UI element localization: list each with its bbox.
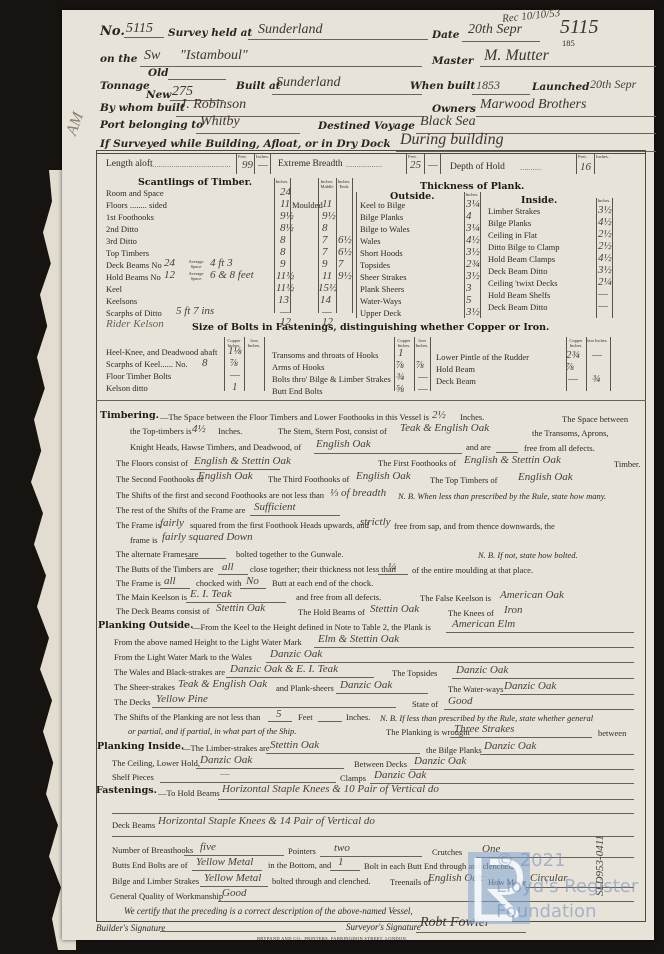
planking-text: Clamps	[340, 773, 366, 783]
builder-signature-label: Builder's Signature	[96, 923, 165, 933]
outside-row-value: 4	[466, 210, 472, 222]
wales-material: Danzic Oak & E. I. Teak	[230, 663, 338, 675]
inside-row-value: 3½	[598, 204, 612, 216]
pointers-value: two	[334, 842, 350, 854]
timbering-text: The Hold Beams of	[298, 607, 365, 617]
breadth-inches: —	[428, 159, 438, 171]
timbering-text: free from all defects.	[524, 443, 595, 453]
copper-header: Copper Inches.	[566, 338, 586, 348]
row-label: 2nd Ditto	[106, 224, 138, 234]
printer-imprint: BRYPAND AND CO., PRINTERS, FARRINGDON ST…	[257, 936, 407, 941]
planking-text: Between Decks	[354, 759, 407, 769]
outside-row-label: Bilge Planks	[360, 212, 403, 222]
length-label: Length aloft	[106, 159, 153, 169]
hold-beams-material: Stettin Oak	[370, 603, 419, 615]
bolts-per-butt: 1	[338, 856, 344, 868]
planking-text: between	[598, 728, 626, 738]
knees-material: Iron	[504, 604, 523, 616]
timbering-note: N. B. When less than prescribed by the R…	[398, 491, 606, 501]
outside-row-value: 3½	[466, 270, 480, 282]
bolt-label: Floor Timber Bolts	[106, 371, 171, 381]
scantlings-title: Scantlings of Timber.	[138, 177, 252, 188]
timbering-text: Inches.	[460, 412, 484, 422]
timbering-text: frame is	[130, 535, 158, 545]
inside-row-label: Ceiling 'twixt Decks	[488, 278, 558, 288]
bolt-label: Arms of Hooks	[272, 362, 324, 372]
bilge-planks-material: Danzic Oak	[484, 740, 536, 752]
timbering-text: The False Keelson is	[420, 593, 491, 603]
timbering-text: chocked with	[196, 578, 242, 588]
deck-beams-space: 4 ft 3	[210, 257, 233, 269]
scarphs-no: 8	[202, 357, 208, 369]
fastenings-text: Deck Beams	[112, 820, 155, 830]
planking-text: Inches.	[346, 712, 370, 722]
row-label: 3rd Ditto	[106, 236, 137, 246]
hold-beams-space: 6 & 8 feet	[210, 269, 254, 281]
row-ends: 7	[338, 258, 344, 270]
inside-row-label: Deck Beam Ditto	[488, 302, 547, 312]
breadth-feet: 25	[410, 159, 421, 171]
certify-statement: We certify that the preceding is a corre…	[124, 906, 413, 916]
state-value: Good	[448, 695, 472, 707]
watermark-line1: Lloyd's Register	[496, 876, 638, 897]
master-value: M. Mutter	[484, 47, 549, 65]
bolt-label: Scarphs of Keel...... No.	[106, 359, 188, 369]
timbering-text: the Top-timbers is	[130, 426, 192, 436]
planking-text: the Bilge Planks	[426, 745, 482, 755]
timbering-text: The Space between	[562, 414, 628, 424]
avg-space-label: Average Space	[188, 259, 204, 269]
survey-number: 5115	[126, 21, 153, 37]
deck-beams-fastening: Horizontal Staple Knees & 14 Pair of Ver…	[158, 815, 375, 827]
bolts-title: Size of Bolts in Fastenings, distinguish…	[192, 322, 549, 333]
outside-row-label: Upper Deck	[360, 308, 401, 318]
row-sided: 11½	[276, 282, 294, 294]
when-built-value: 1853	[476, 78, 500, 93]
limber-strakes-material: Stettin Oak	[270, 739, 319, 751]
copper-header: Copper Inches.	[394, 338, 414, 348]
leader-dots: ......................................	[150, 159, 231, 169]
row-sided: 24	[280, 186, 291, 198]
decks-material: Yellow Pine	[156, 693, 208, 705]
moulded-label: Moulded	[292, 200, 323, 210]
year-printed: 185	[562, 38, 575, 48]
row-middle: 15½	[318, 282, 337, 294]
row-sided: 8	[280, 234, 286, 246]
planking-text: —The Limber-strakes are	[182, 743, 270, 753]
timbering-text: the Transoms, Aprons,	[532, 428, 609, 438]
bolt-copper: ⅞	[230, 357, 238, 369]
outside-row-label: Short Hoods	[360, 248, 403, 258]
length-feet: 99	[242, 159, 253, 171]
plank-keel-to-height: American Elm	[452, 618, 515, 630]
timbering-text: —The Space between the Floor Timbers and…	[160, 412, 429, 422]
row-middle: 14	[320, 294, 331, 306]
bolt-label: Hold Beam	[436, 364, 475, 374]
port-label: Port belonging to	[100, 119, 203, 131]
bolt-copper: 2¾	[566, 349, 580, 361]
bolt-copper: ⅝	[396, 383, 404, 395]
inside-row-value: 3½	[598, 264, 612, 276]
timbering-text: The Third Foothooks of	[268, 474, 349, 484]
third-foothooks-material: English Oak	[356, 470, 411, 482]
timbering-text: The alternate Frames	[116, 549, 188, 559]
inside-row-label: Ditto Bilge to Clamp	[488, 242, 560, 252]
timbering-text: of the entire moulding at that place.	[412, 565, 533, 575]
inches-header: Inches.	[464, 192, 480, 197]
space-floor-foothooks: 2½	[432, 409, 446, 421]
shifts-foothooks: ⅓ of breadth	[330, 487, 386, 499]
by-whom-built-label: By whom built	[100, 102, 185, 114]
row-middle: 11	[322, 198, 332, 210]
outside-row-label: Wales	[360, 236, 381, 246]
frame-below: fairly squared Down	[162, 531, 253, 543]
length-inches: —	[258, 159, 268, 171]
stem-stern-post: Teak & English Oak	[400, 422, 489, 434]
row-label: Top Timbers	[106, 248, 149, 258]
planking-text: From the Light Water Mark to the Wales	[114, 652, 252, 662]
planking-text: Feet	[298, 712, 313, 722]
outside-row-value: 3½	[466, 246, 480, 258]
avg-space-label: Average Space	[188, 271, 204, 281]
row-label: Keel	[106, 284, 122, 294]
row-middle: 7	[322, 234, 328, 246]
bolt-copper: ¾	[396, 371, 404, 383]
bolt-label: Deck Beam	[436, 376, 476, 386]
when-built-label: When built	[410, 80, 475, 92]
outside-row-value: 2¾	[466, 258, 480, 270]
planking-text: State of	[412, 699, 438, 709]
outside-row-value: 3¼	[466, 198, 480, 210]
outside-row-label: Sheer Strakes	[360, 272, 407, 282]
watermark-copyright: © 2021	[496, 850, 566, 871]
row-ends: 6½	[338, 234, 352, 246]
planking-text: The Topsides	[392, 668, 437, 678]
inside-row-label: Limber Strakes	[488, 206, 540, 216]
outside-row-label: Bilge to Wales	[360, 224, 410, 234]
plank-to-wales: Danzic Oak	[270, 648, 322, 660]
fastenings-heading: Fastenings.	[96, 785, 157, 796]
row-sided: 13	[278, 294, 289, 306]
depth-feet: 16	[580, 161, 591, 173]
fastenings-text: Number of Breasthooks	[112, 845, 193, 855]
old-label: Old	[148, 67, 168, 79]
leader-dots: ..........	[520, 162, 541, 172]
row-middle: 9	[322, 258, 328, 270]
main-keelson: E. I. Teak	[190, 588, 232, 600]
inside-row-value: 2½	[598, 240, 612, 252]
top-timbers-material: English Oak	[518, 471, 573, 483]
annotation-number: 5115	[560, 16, 599, 39]
frame-squared: fairly	[160, 517, 184, 529]
inches-header: Inches.	[596, 198, 612, 203]
master-label: Master	[432, 55, 473, 67]
outside-row-value: 4½	[466, 234, 480, 246]
row-label: Floors ........ sided	[106, 200, 167, 210]
inside-row-label: Deck Beam Ditto	[488, 266, 547, 276]
knight-heads-material: English Oak	[316, 438, 371, 450]
workmanship-quality: Good	[222, 887, 246, 899]
fastenings-text: Bilge and Limber Strakes	[112, 876, 199, 886]
bolt-iron: ⅞	[416, 359, 424, 371]
launched-label: Launched	[532, 81, 590, 93]
plank-title: Thickness of Plank.	[420, 181, 524, 192]
sheer-strakes-material: Teak & English Oak	[178, 678, 267, 690]
planking-text: and Plank-sheers	[276, 683, 334, 693]
bolt-label: Transoms and throats of Hooks	[272, 350, 378, 360]
breasthooks-value: five	[200, 841, 216, 853]
bolt-copper: ⅞	[396, 359, 404, 371]
inside-row-value: 2¼	[598, 276, 612, 288]
builder-value: J. Robinson	[180, 97, 246, 113]
chocked-with: No	[246, 575, 259, 587]
row-middle: 9½	[322, 210, 336, 222]
inside-row-value: —	[598, 288, 608, 300]
inside-row-label: Bilge Planks	[488, 218, 531, 228]
plank-to-light-water: Elm & Stettin Oak	[318, 633, 399, 645]
inside-row-value: 2½	[598, 228, 612, 240]
timbering-text: The Knees of	[448, 608, 494, 618]
outside-row-value: 5	[466, 294, 472, 306]
space-top-timbers: 4½	[192, 423, 206, 435]
timbering-text: The rest of the Shifts of the Frame are	[116, 505, 245, 515]
timbering-heading: Timbering.	[100, 410, 159, 421]
butt-thickness: ¼	[388, 561, 396, 573]
timbering-text: The Frame is	[116, 578, 161, 588]
frame-chocked: all	[164, 575, 176, 587]
planking-text: —From the Keel to the Height defined in …	[192, 622, 431, 632]
row-label: Deck Beams No	[106, 260, 162, 270]
iron-header: Iron Inches.	[414, 338, 430, 348]
row-label: Room and Space	[106, 188, 164, 198]
timbering-text: The Frame is	[116, 520, 161, 530]
fastenings-text: in the Bottom, and	[268, 860, 331, 870]
watermark-line2: Foundation	[496, 901, 596, 922]
butt-end-bolts-material: Yellow Metal	[196, 856, 253, 868]
timbering-text: Inches.	[218, 426, 242, 436]
inside-row-label: Hold Beam Clamps	[488, 254, 555, 264]
iron-header: Iron Inches.	[244, 338, 264, 348]
timbering-text: close together; their thickness not less…	[250, 564, 396, 574]
planking-note: or partial, and if partial, in what part…	[128, 726, 296, 736]
deck-beams-no: 24	[164, 257, 175, 269]
bolt-copper: ⅞	[566, 361, 574, 373]
ship-name: "Istamboul"	[180, 48, 248, 64]
hold-beams-no: 12	[164, 269, 175, 281]
timbering-text: and free from all defects.	[296, 592, 381, 602]
row-middle: 11	[322, 270, 332, 282]
first-foothooks-material: English & Stettin Oak	[464, 454, 561, 466]
feet-header: Feet.	[578, 154, 587, 159]
timbering-text: The Second Foothooks of	[116, 474, 204, 484]
bolt-label: Butt End Bolts	[272, 386, 323, 396]
outside-row-value: 3	[466, 282, 472, 294]
planking-text: The Ceiling, Lower Hold,	[112, 758, 200, 768]
planking-note: N. B. If less than prescribed by the Rul…	[380, 713, 593, 723]
water-ways-material: Danzic Oak	[504, 680, 556, 692]
row-middle: 7	[322, 246, 328, 258]
outside-row-label: Topsides	[360, 260, 390, 270]
launched-value: 20th Sepr	[590, 77, 636, 92]
breadth-label: Extreme Breadth	[278, 159, 343, 169]
bolt-copper: —	[568, 373, 578, 385]
port-value: Whitby	[200, 114, 240, 130]
bilge-limber-bolts: Yellow Metal	[204, 872, 261, 884]
bolt-copper: 1	[398, 347, 404, 359]
shifts-feet: 5	[276, 708, 282, 720]
timbering-text: The Stem, Stern Post, consist of	[278, 426, 387, 436]
planking-text: The Decks	[114, 697, 151, 707]
clamps-material: Danzic Oak	[374, 769, 426, 781]
between-decks-material: Danzic Oak	[414, 755, 466, 767]
survey-held-value: Sunderland	[258, 22, 323, 38]
inside-row-value: 4½	[598, 252, 612, 264]
voyage-value: Black Sea	[420, 114, 476, 130]
plank-sheers-material: Danzic Oak	[340, 679, 392, 691]
inside-row-value: 4½	[598, 216, 612, 228]
shelf-pieces-value: —	[220, 768, 230, 780]
timbering-text: bolted together to the Gunwale.	[236, 549, 343, 559]
timbering-text: Butt at each end of the chock.	[272, 578, 373, 588]
surveyor-signature-label: Surveyor's Signature	[346, 922, 421, 932]
row-sided: 11½	[276, 270, 294, 282]
ship-type: Sw	[144, 48, 160, 64]
timbering-text: The Deck Beams consist of	[116, 606, 209, 616]
row-label: 1st Foothooks	[106, 212, 154, 222]
timbering-text: The Shifts of the first and second Footh…	[116, 490, 324, 500]
fastenings-text: —To Hold Beams	[158, 788, 220, 798]
new-label: New	[146, 89, 171, 101]
bolt-iron: —	[592, 349, 602, 361]
inside-title: Inside.	[521, 195, 557, 206]
row-sided: 9½	[280, 210, 294, 222]
surveyed-label: If Surveyed while Building, Afloat, or i…	[100, 138, 391, 150]
timbering-text: and are	[466, 442, 491, 452]
fastenings-text: Butts End Bolts are of	[112, 860, 188, 870]
ends-header: Inches. Ends	[336, 179, 352, 189]
planking-text: From the above named Height to the Light…	[114, 637, 302, 647]
timbering-text: The Top Timbers of	[430, 475, 498, 485]
bolt-iron: —	[418, 371, 428, 383]
bolt-copper: 1	[232, 381, 238, 393]
owners-value: Marwood Brothers	[480, 97, 586, 113]
row-ends: 9½	[338, 270, 352, 282]
outside-row-value: 3½	[466, 306, 480, 318]
surveyed-value: During building	[400, 131, 504, 149]
second-foothooks-material: English Oak	[198, 470, 253, 482]
row-sided: 8½	[280, 222, 294, 234]
row-ends: 6½	[338, 246, 352, 258]
outside-row-value: 3¼	[466, 222, 480, 234]
planking-text: The Water-ways	[448, 684, 503, 694]
timbering-text: squared from the first Foothook Heads up…	[190, 520, 369, 530]
planking-outside-heading: Planking Outside.	[98, 620, 193, 631]
row-sided: 8	[280, 246, 286, 258]
leader-dots: .................	[346, 159, 382, 169]
bolt-label: Bolts thro' Bilge & Limber Strakes	[272, 374, 391, 384]
middle-header: Inches. Middle	[318, 179, 336, 189]
date-label: Date	[432, 29, 459, 41]
row-label: Scarphs of Ditto	[106, 308, 162, 318]
row-label: Keelsons	[106, 296, 137, 306]
survey-held-label: Survey held at	[168, 27, 252, 39]
row-sided: 11	[280, 198, 290, 210]
bolt-iron: —	[418, 383, 428, 395]
outside-row-label: Plank Sheers	[360, 284, 404, 294]
planking-text: The Wales and Black-strakes are	[114, 667, 225, 677]
planking-text: The Sheer-strakes	[114, 682, 175, 692]
planking-text: Shelf Pieces	[112, 772, 154, 782]
tonnage-label: Tonnage	[100, 80, 150, 92]
fastenings-text: bolted through and clenched.	[272, 876, 371, 886]
bolt-label: Kelson ditto	[106, 383, 148, 393]
shifts-frame: Sufficient	[254, 501, 296, 513]
rider-kelson-label: Rider Kelson	[106, 318, 164, 330]
timbering-text: Timber.	[614, 459, 640, 469]
planking-text: The Shifts of the Planking are not less …	[114, 712, 260, 722]
deck-beams-material: Stettin Oak	[216, 602, 265, 614]
no-label: No.	[100, 24, 125, 39]
timbering-text: The Main Keelson is	[116, 592, 187, 602]
builder-signature-line	[160, 931, 336, 932]
on-the-label: on the	[100, 53, 137, 65]
date-value: 20th Sepr	[468, 22, 522, 38]
inches-header: Inches.	[274, 179, 290, 184]
timbering-text: The First Foothooks of	[378, 458, 456, 468]
inside-row-label: Ceiling in Flat	[488, 230, 537, 240]
bolt-copper: 1⅛	[228, 345, 242, 357]
free-from-sap: strictly	[360, 516, 391, 528]
false-keelson: American Oak	[500, 589, 564, 601]
bolt-label: Heel-Knee, and Deadwood abaft	[106, 347, 217, 357]
built-at-label: Built at	[236, 80, 281, 92]
bolt-iron: ¾	[592, 373, 600, 385]
timbering-note: N. B. If not, state how bolted.	[478, 550, 578, 560]
planking-wrought: Three Strakes	[454, 723, 514, 735]
timbering-text: The Butts of the Timbers are	[116, 564, 214, 574]
inside-row-label: Hold Beam Shelfs	[488, 290, 550, 300]
timbering-text: The Floors consist of	[116, 458, 188, 468]
fastenings-text: Crutches	[432, 847, 462, 857]
scarphs-note: 5 ft 7 ins	[176, 305, 214, 317]
bolt-label: Lower Pintle of the Rudder	[436, 352, 529, 362]
bolt-copper: —	[230, 369, 240, 381]
row-sided: 9	[280, 258, 286, 270]
inches-header: Inches.	[596, 154, 609, 159]
fastenings-text: Treenails of	[390, 877, 431, 887]
row-label: Hold Beams No	[106, 272, 161, 282]
planking-inside-heading: Planking Inside.	[97, 741, 184, 752]
fastenings-text: General Quality of Workmanship	[110, 891, 223, 901]
timbering-text: free from sap, and from thence downwards…	[394, 521, 555, 531]
butts-close: all	[222, 561, 234, 573]
fastenings-text: Pointers	[288, 846, 316, 856]
depth-label: Depth of Hold	[450, 162, 505, 172]
built-at-value: Sunderland	[276, 75, 341, 91]
topsides-material: Danzic Oak	[456, 664, 508, 676]
hold-beams-fastening: Horizontal Staple Knees & 10 Pair of Ver…	[222, 783, 439, 795]
floors-material: English & Stettin Oak	[194, 455, 291, 467]
inside-row-value: —	[598, 300, 608, 312]
row-middle: 8	[322, 222, 328, 234]
outside-row-label: Water-Ways	[360, 296, 401, 306]
timbering-text: Knight Heads, Hawse Timbers, and Deadwoo…	[130, 442, 301, 452]
iron-header: Iron Inches.	[586, 338, 608, 343]
ceiling-lower-hold: Danzic Oak	[200, 754, 252, 766]
outside-row-label: Keel to Bilge	[360, 200, 405, 210]
